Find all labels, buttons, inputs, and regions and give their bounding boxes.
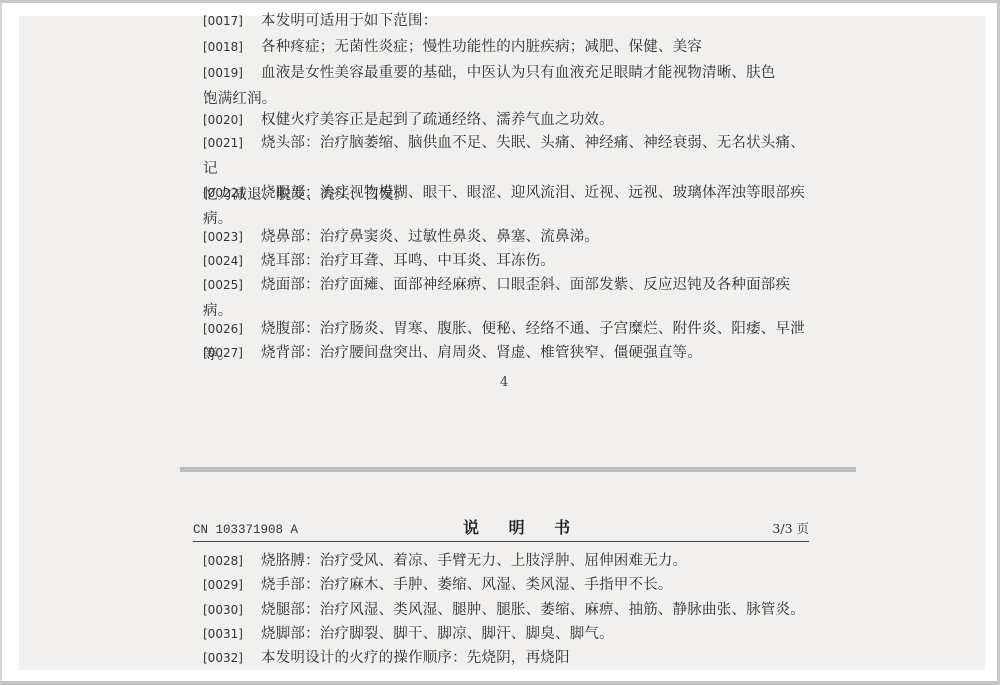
paragraph-number: [0025] — [203, 272, 261, 298]
paragraph-number: [0029] — [203, 572, 261, 598]
paragraph-text: 烧头部：治疗脑萎缩、脑供血不足、失眠、头痛、神经痛、神经衰弱、无名状头痛、记 — [203, 135, 805, 177]
paragraph-number: [0021] — [203, 130, 261, 156]
paragraph-0032: [0032]本发明设计的火疗的操作顺序：先烧阴，再烧阳 — [203, 645, 813, 671]
paragraph-text: 本发明设计的火疗的操作顺序：先烧阴，再烧阳 — [261, 650, 570, 666]
paragraph-number: [0023] — [203, 224, 261, 250]
paragraph-number: [0030] — [203, 597, 261, 623]
paragraph-number: [0032] — [203, 645, 261, 671]
paragraph-number: [0024] — [203, 248, 261, 274]
paragraph-number: [0022] — [203, 180, 261, 206]
page-separator — [180, 467, 856, 472]
paragraph-0024: [0024]烧耳部：治疗耳聋、耳鸣、中耳炎、耳冻伤。 — [203, 248, 813, 274]
doc-id: CN 103371908 A — [193, 523, 298, 537]
paragraph-text: 权健火疗美容正是起到了疏通经络、濡养气血之功效。 — [261, 112, 614, 128]
paragraph-0028: [0028]烧胳膊：治疗受风、着凉、手臂无力、上肢浮肿、屈伸困难无力。 — [203, 548, 813, 574]
paragraph-text: 烧脚部：治疗脚裂、脚干、脚凉、脚汗、脚臭、脚气。 — [261, 626, 614, 642]
paragraph-text: 烧面部：治疗面瘫、面部神经麻痹、口眼歪斜、面部发紫、反应迟钝及各种面部疾 — [261, 277, 790, 293]
paragraph-number: [0018] — [203, 34, 261, 60]
paragraph-0023: [0023]烧鼻部：治疗鼻窦炎、过敏性鼻炎、鼻塞、流鼻涕。 — [203, 224, 813, 250]
paragraph-text: 烧手部：治疗麻木、手肿、萎缩、风湿、类风湿、手指甲不长。 — [261, 577, 673, 593]
page-number: 4 — [500, 375, 508, 390]
paragraph-0018: [0018]各种疼症；无菌性炎症；慢性功能性的内脏疾病；减肥、保健、美容 — [203, 34, 813, 60]
paragraph-number: [0017] — [203, 8, 261, 34]
paragraph-text: 烧鼻部：治疗鼻窦炎、过敏性鼻炎、鼻塞、流鼻涕。 — [261, 229, 599, 245]
paragraph-0019: [0019]血液是女性美容最重要的基础，中医认为只有血液充足眼睛才能视物清晰、肤… — [203, 60, 813, 112]
page-info: 3/3 页 — [772, 519, 809, 537]
paragraph-number: [0026] — [203, 316, 261, 342]
doc-title: 说 明 书 — [463, 515, 582, 538]
paragraph-number: [0019] — [203, 60, 261, 86]
paragraph-text: 烧眼部：治疗视物模糊、眼干、眼涩、迎风流泪、近视、远视、玻璃体浑浊等眼部疾 — [261, 185, 805, 201]
paragraph-0031: [0031]烧脚部：治疗脚裂、脚干、脚凉、脚汗、脚臭、脚气。 — [203, 621, 813, 647]
paragraph-text: 烧耳部：治疗耳聋、耳鸣、中耳炎、耳冻伤。 — [261, 253, 555, 269]
paragraph-text: 本发明可适用于如下范围： — [261, 13, 437, 29]
paragraph-text: 血液是女性美容最重要的基础，中医认为只有血液充足眼睛才能视物清晰、肤色 — [261, 65, 776, 81]
paragraph-text: 各种疼症；无菌性炎症；慢性功能性的内脏疾病；减肥、保健、美容 — [261, 39, 702, 55]
paragraph-number: [0028] — [203, 548, 261, 574]
paragraph-number: [0031] — [203, 621, 261, 647]
paragraph-0017: [0017]本发明可适用于如下范围： — [203, 8, 813, 34]
paragraph-0030: [0030]烧腿部：治疗风湿、类风湿、腿肿、腿胀、萎缩、麻痹、抽筋、静脉曲张、脉… — [203, 597, 813, 623]
paragraph-number: [0027] — [203, 340, 261, 366]
paragraph-0029: [0029]烧手部：治疗麻木、手肿、萎缩、风湿、类风湿、手指甲不长。 — [203, 572, 813, 598]
paragraph-text: 烧腿部：治疗风湿、类风湿、腿肿、腿胀、萎缩、麻痹、抽筋、静脉曲张、脉管炎。 — [261, 602, 805, 618]
document-header: CN 103371908 A 说 明 书 3/3 页 — [193, 515, 809, 542]
paragraph-0027: [0027]烧背部：治疗腰间盘突出、肩周炎、肾虚、椎管狭窄、僵硬强直等。 — [203, 340, 813, 366]
paragraph-text: 烧背部：治疗腰间盘突出、肩周炎、肾虚、椎管狭窄、僵硬强直等。 — [261, 345, 702, 361]
paragraph-text: 烧胳膊：治疗受风、着凉、手臂无力、上肢浮肿、屈伸困难无力。 — [261, 553, 687, 569]
